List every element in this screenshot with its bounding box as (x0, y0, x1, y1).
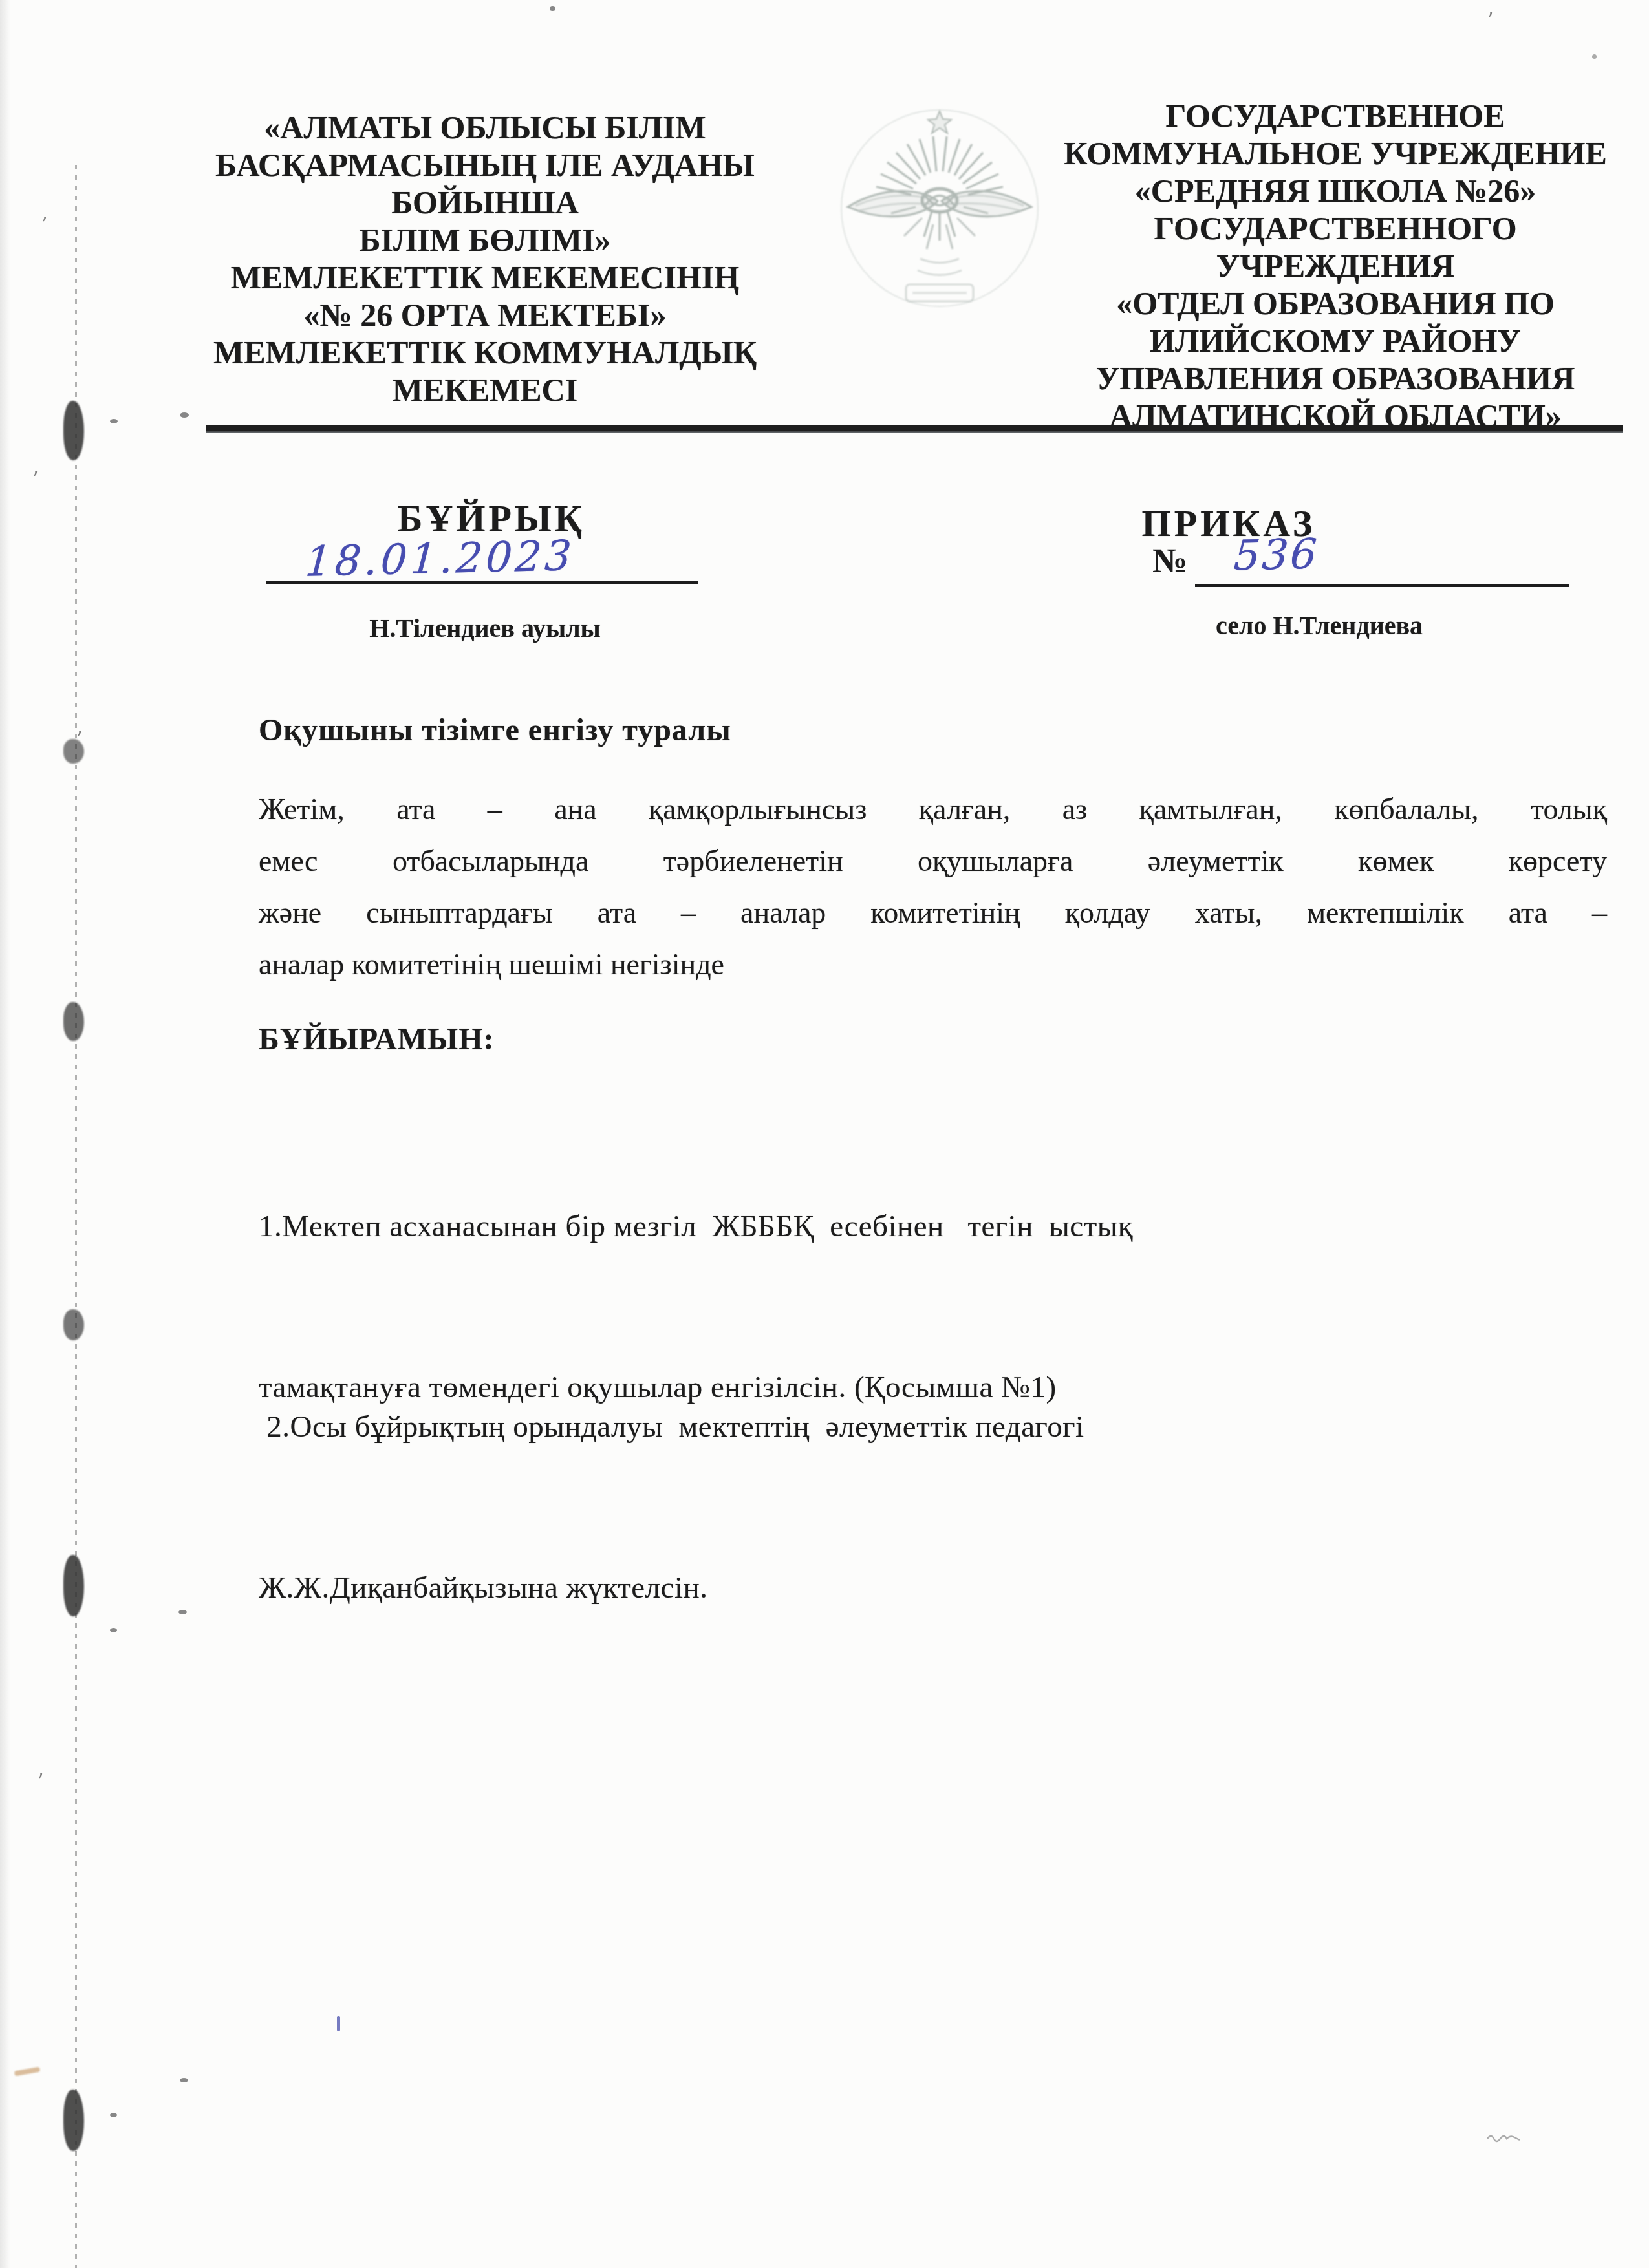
org-kk-line: МЕКЕМЕСІ (165, 371, 805, 409)
scan-mark: ’ (32, 468, 39, 491)
org-ru-line: УПРАВЛЕНИЯ ОБРАЗОВАНИЯ (1028, 359, 1643, 397)
org-name-russian: ГОСУДАРСТВЕННОЕ КОММУНАЛЬНОЕ УЧРЕЖДЕНИЕ … (1028, 97, 1643, 434)
org-kk-line: «№ 26 ОРТА МЕКТЕБІ» (165, 296, 805, 334)
scan-mark: ’ (76, 728, 83, 751)
scan-speck (180, 412, 189, 418)
order-item-line: 1.Мектеп асханасынан бір мезгіл ЖБББҚ ес… (259, 1200, 1133, 1254)
date-underline (266, 581, 698, 584)
scan-mark-orange (14, 2067, 41, 2077)
order-word-kazakh: БҰЙРЫҚ (291, 497, 692, 540)
scan-artifact-blob (63, 1309, 84, 1340)
scanned-order-page: ’ ’ ’ ’ ’ «АЛМАТЫ ОБЛЫСЫ БІЛІМ БАСҚАРМАС… (0, 0, 1649, 2268)
scan-artifact-blob (63, 1555, 84, 1616)
number-sign: № (1152, 540, 1187, 581)
scan-speck (1592, 54, 1597, 59)
org-ru-line: «СРЕДНЯЯ ШКОЛА №26» (1028, 172, 1643, 209)
org-kk-line: БОЙЫНША (165, 184, 805, 221)
org-ru-line: ИЛИЙСКОМУ РАЙОНУ (1028, 322, 1643, 359)
scan-speck (110, 2113, 117, 2117)
org-kk-line: МЕМЛЕКЕТТІК КОММУНАЛДЫҚ (165, 334, 805, 371)
header-divider-line (206, 425, 1623, 433)
scan-speck (180, 2078, 188, 2082)
order-subject-title: Оқушыны тізімге енгізу туралы (259, 712, 731, 748)
scan-mark: ’ (41, 213, 48, 236)
place-name-russian: село Н.Тлендиева (1099, 610, 1539, 641)
scan-mark-blue (337, 2016, 340, 2031)
preamble-line: аналар комитетінің шешімі негізінде (259, 939, 1607, 990)
order-preamble: Жетім, ата – ана қамқорлығынсыз қалған, … (259, 784, 1607, 990)
scan-edge-shadow (0, 0, 10, 2268)
org-ru-line: ГОСУДАРСТВЕННОГО (1028, 209, 1643, 247)
scan-artifact-blob (63, 2090, 84, 2151)
scan-speck (178, 1610, 187, 1614)
org-ru-line: «ОТДЕЛ ОБРАЗОВАНИЯ ПО (1028, 284, 1643, 322)
handwritten-date: 18.01.2023 (304, 532, 576, 586)
scan-artifact-blob (63, 1002, 84, 1041)
scan-speck (110, 1628, 117, 1632)
org-ru-line: ГОСУДАРСТВЕННОЕ (1028, 97, 1643, 134)
scan-mark: ’ (38, 1770, 44, 1793)
org-name-kazakh: «АЛМАТЫ ОБЛЫСЫ БІЛІМ БАСҚАРМАСЫНЫҢ ІЛЕ А… (165, 109, 805, 409)
org-ru-line: КОММУНАЛЬНОЕ УЧРЕЖДЕНИЕ (1028, 134, 1643, 172)
org-kk-line: БІЛІМ БӨЛІМІ» (165, 221, 805, 259)
place-name-kazakh: Н.Тілендиев ауылы (272, 613, 698, 643)
preamble-line: емес отбасыларында тәрбиеленетін оқушыла… (259, 835, 1607, 887)
scan-speck (550, 6, 555, 11)
order-item-line: 2.Осы бұйрықтың орындалуы мектептің әлеу… (259, 1400, 1084, 1454)
order-word-russian: ПРИКАЗ (1048, 502, 1410, 545)
handwritten-order-number: 536 (1233, 530, 1320, 580)
preamble-line: Жетім, ата – ана қамқорлығынсыз қалған, … (259, 784, 1607, 835)
org-kk-line: «АЛМАТЫ ОБЛЫСЫ БІЛІМ (165, 109, 805, 146)
order-item-2: 2.Осы бұйрықтың орындалуы мектептің әлеу… (259, 1293, 1084, 1722)
number-underline (1195, 584, 1569, 587)
kazakhstan-emblem-icon (830, 97, 1050, 323)
scan-mark: ’ (1487, 9, 1494, 32)
scan-artifact-blob (63, 401, 84, 460)
org-kk-line: БАСҚАРМАСЫНЫҢ ІЛЕ АУДАНЫ (165, 146, 805, 184)
org-ru-line: УЧРЕЖДЕНИЯ (1028, 247, 1643, 284)
order-item-line: Ж.Ж.Диқанбайқызына жүктелсін. (259, 1561, 1084, 1615)
resolve-heading: БҰЙЫРАМЫН: (259, 1022, 494, 1057)
scan-squiggle (1486, 2132, 1521, 2145)
preamble-line: және сыныптардағы ата – аналар комитетін… (259, 887, 1607, 939)
scan-speck (110, 419, 118, 423)
org-kk-line: МЕМЛЕКЕТТІК МЕКЕМЕСІНІҢ (165, 259, 805, 296)
scan-artifact-vertical-line (75, 165, 77, 2268)
